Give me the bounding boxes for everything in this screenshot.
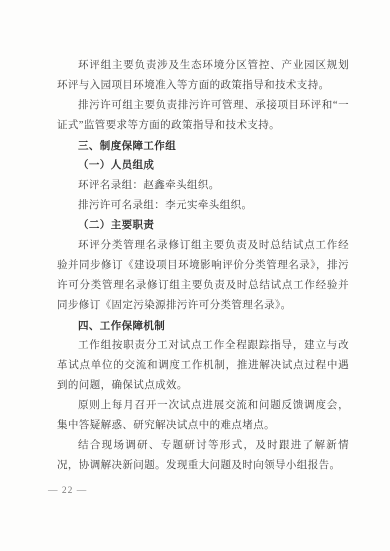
paragraph: 工作组按职责分工对试点工作全程跟踪指导，建立与改革试点单位的交流和调度工作机制，… bbox=[57, 336, 349, 396]
paragraph: 结合现场调研、专题研讨等形式，及时跟进了解新情况，协调解决新问题。发现重大问题及… bbox=[57, 436, 349, 476]
section-heading: 四、工作保障机制 bbox=[57, 316, 349, 336]
person-assignment-line: 排污许可名录组：李元实牵头组织。 bbox=[57, 196, 349, 216]
paragraph: 排污许可组主要负责排污许可管理、承接项目环评和“一证式”监管要求等方面的政策指导… bbox=[57, 96, 349, 136]
sub-heading: （一）人员组成 bbox=[57, 156, 349, 176]
section-heading: 三、制度保障工作组 bbox=[57, 136, 349, 156]
paragraph: 原则上每月召开一次试点进展交流和问题反馈调度会，集中答疑解惑、研究解决试点中的难… bbox=[57, 396, 349, 436]
document-page: 环评组主要负责涉及生态环境分区管控、产业园区规划环评与入园项目环境准入等方面的政… bbox=[0, 0, 390, 551]
page-number: — 22 — bbox=[48, 486, 87, 496]
person-assignment-line: 环评名录组：赵鑫牵头组织。 bbox=[57, 176, 349, 196]
document-body: 环评组主要负责涉及生态环境分区管控、产业园区规划环评与入园项目环境准入等方面的政… bbox=[57, 56, 349, 476]
paragraph: 环评分类管理名录修订组主要负责及时总结试点工作经验并同步修订《建设项目环境影响评… bbox=[57, 236, 349, 316]
paragraph: 环评组主要负责涉及生态环境分区管控、产业园区规划环评与入园项目环境准入等方面的政… bbox=[57, 56, 349, 96]
sub-heading: （二）主要职责 bbox=[57, 216, 349, 236]
